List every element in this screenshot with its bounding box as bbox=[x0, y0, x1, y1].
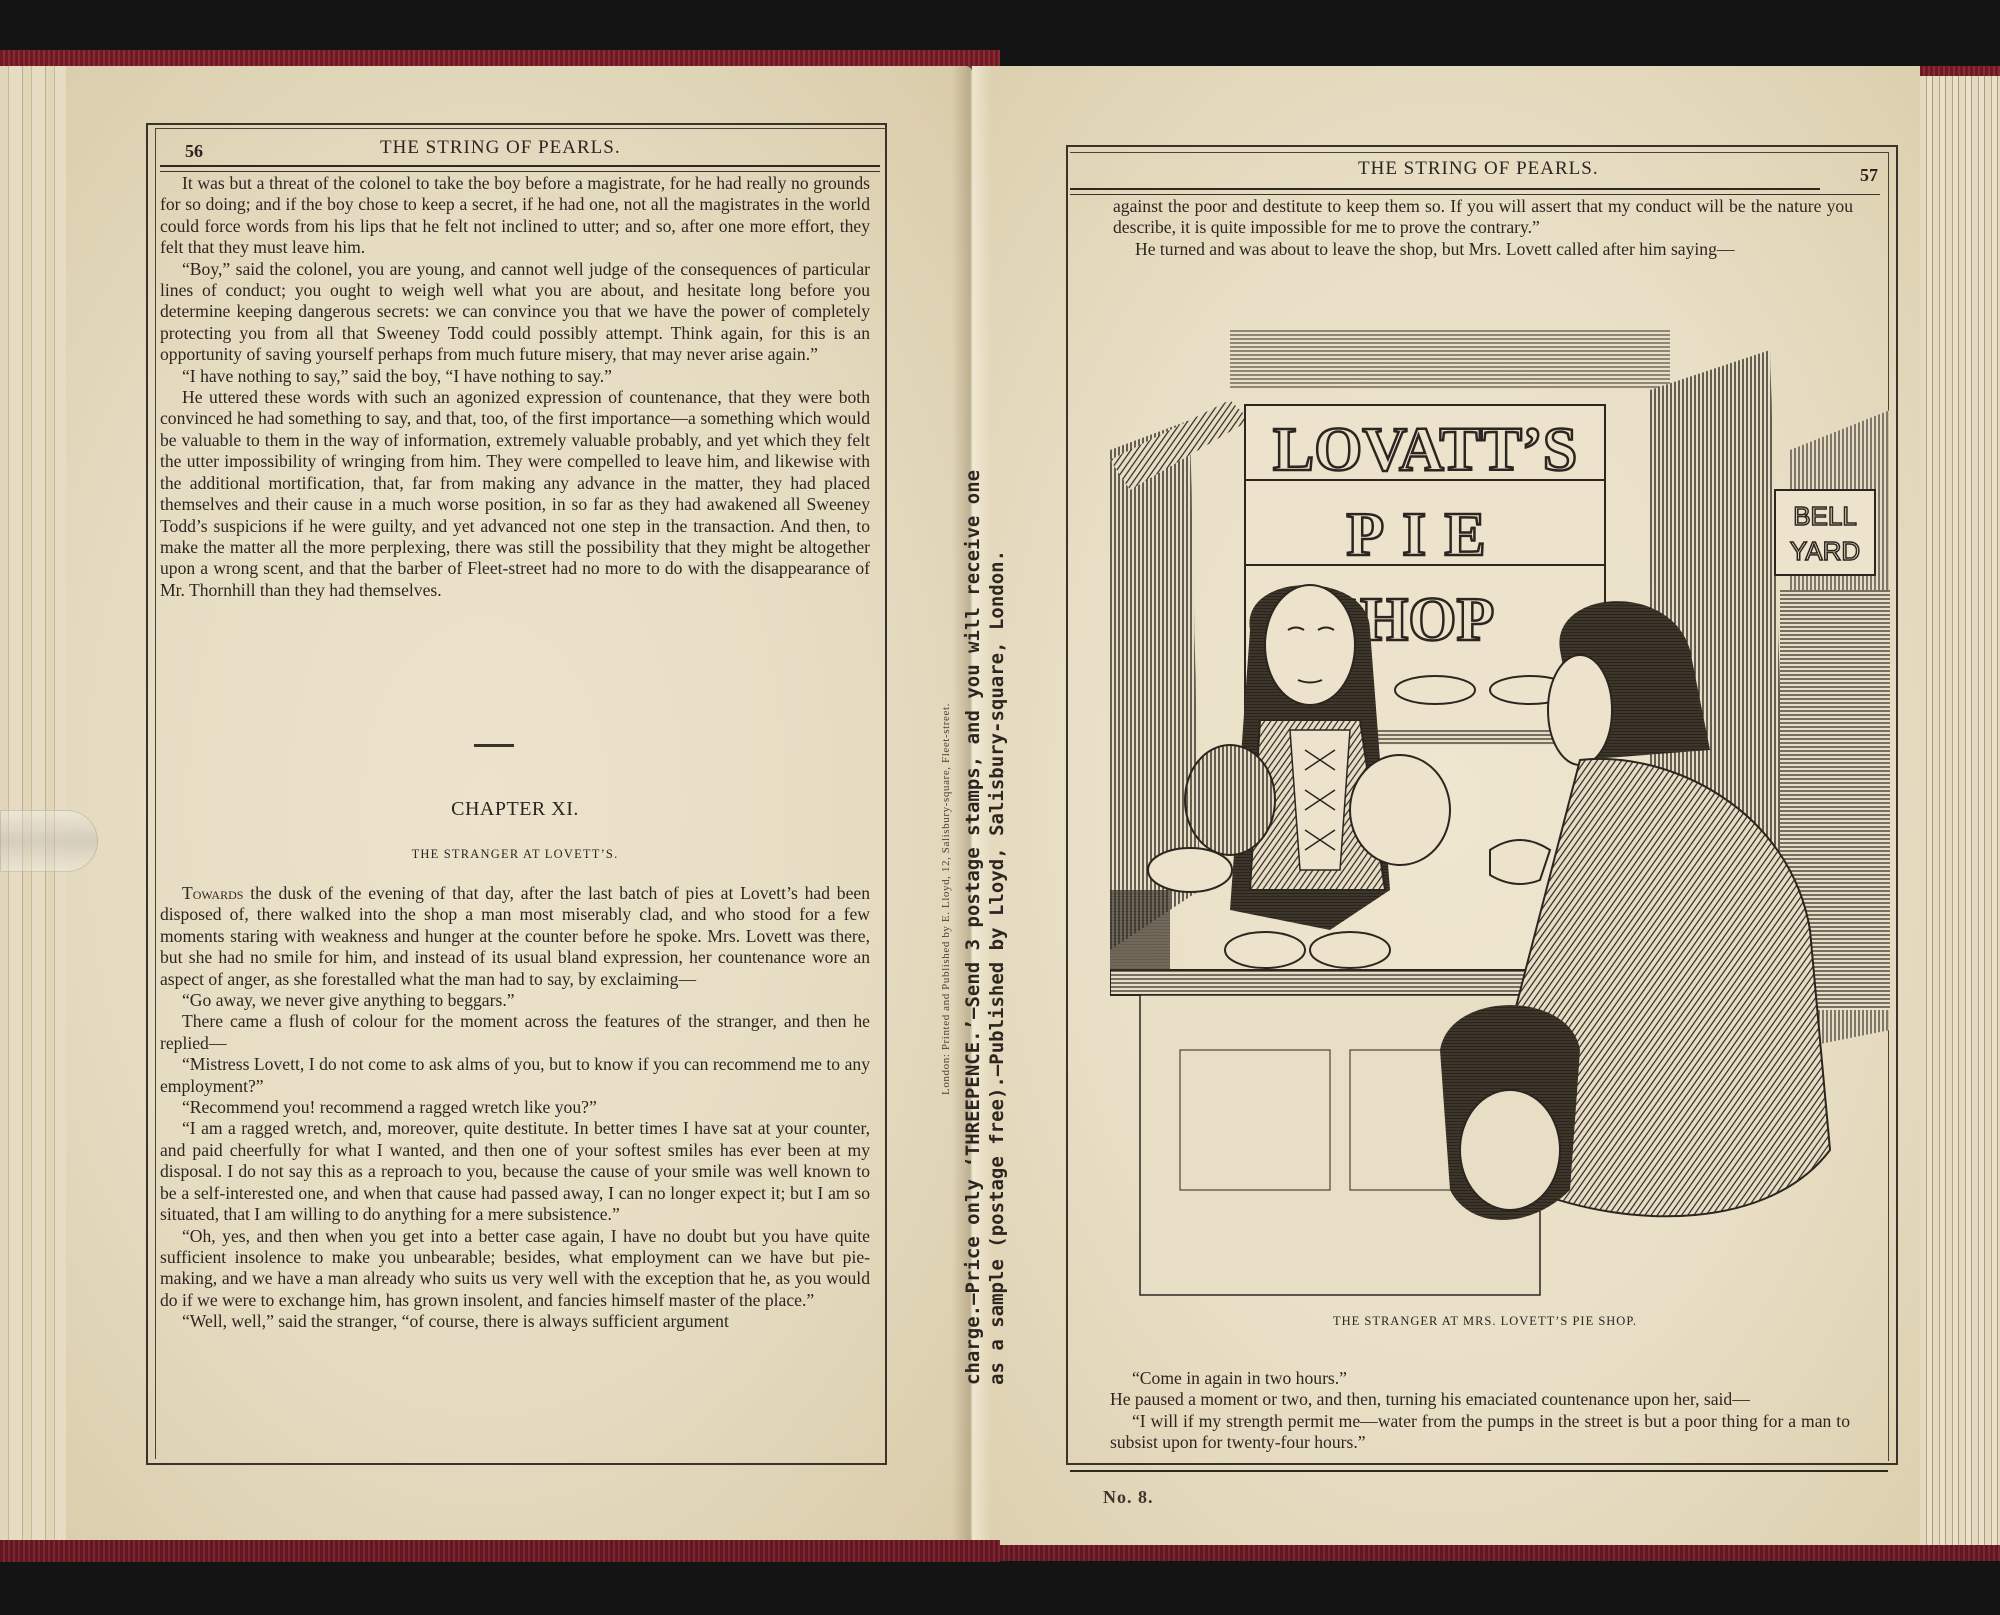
right-text-block-top: against the poor and destitute to keep t… bbox=[1113, 196, 1853, 260]
header-rule-thin bbox=[160, 171, 880, 172]
paragraph: He turned and was about to leave the sho… bbox=[1113, 239, 1853, 260]
svg-text:YARD: YARD bbox=[1790, 536, 1860, 566]
right-running-head: THE STRING OF PEARLS. bbox=[1358, 158, 1599, 180]
drop-word: Towards bbox=[182, 883, 243, 903]
paragraph: “Well, well,” said the stranger, “of cou… bbox=[160, 1311, 870, 1332]
left-text-block-2: Towards the dusk of the evening of that … bbox=[160, 883, 870, 1333]
left-running-head: THE STRING OF PEARLS. bbox=[380, 137, 621, 159]
right-page-leaf-edges bbox=[1920, 76, 2000, 1546]
issue-number: No. 8. bbox=[1103, 1487, 1154, 1508]
paragraph: He paused a moment or two, and then, tur… bbox=[1110, 1389, 1850, 1410]
paragraph: “I have nothing to say,” said the boy, “… bbox=[160, 366, 870, 387]
paragraph: It was but a threat of the colonel to ta… bbox=[160, 173, 870, 259]
paragraph: “Go away, we never give anything to begg… bbox=[160, 990, 870, 1011]
page-holder-clip bbox=[0, 810, 98, 872]
paragraph: He uttered these words with such an agon… bbox=[160, 387, 870, 601]
svg-text:PIE: PIE bbox=[1346, 501, 1503, 569]
cover-cloth-top-edge bbox=[0, 50, 1000, 67]
svg-text:BELL: BELL bbox=[1793, 501, 1857, 531]
cover-cloth-bottom-edge bbox=[0, 1540, 1000, 1562]
paragraph: “Mistress Lovett, I do not come to ask a… bbox=[160, 1054, 870, 1097]
gutter-imprint: London: Printed and Published by E. Lloy… bbox=[940, 703, 952, 1095]
header-rule bbox=[160, 165, 880, 167]
paragraph: “I am a ragged wretch, and, moreover, qu… bbox=[160, 1118, 870, 1225]
left-text-block-1: It was but a threat of the colonel to ta… bbox=[160, 173, 870, 601]
paragraph: “Recommend you! recommend a ragged wretc… bbox=[160, 1097, 870, 1118]
footer-rule bbox=[1070, 1470, 1888, 1472]
left-page-number: 56 bbox=[185, 141, 203, 162]
paragraph: “Oh, yes, and then when you get into a b… bbox=[160, 1226, 870, 1312]
gutter-advert-line-2: as a sample (postage free).—Published by… bbox=[986, 550, 1008, 1385]
engraving-illustration: LOVATT’S PIE SHOP BELL YARD bbox=[1110, 330, 1890, 1310]
paragraph: “Come in again in two hours.” bbox=[1110, 1368, 1850, 1389]
chapter-subtitle: THE STRANGER AT LOVETT’S. bbox=[160, 847, 870, 862]
illustration-caption: THE STRANGER AT MRS. LOVETT’S PIE SHOP. bbox=[1090, 1314, 1880, 1329]
header-rule bbox=[1070, 188, 1820, 190]
paragraph: “Boy,” said the colonel, you are young, … bbox=[160, 259, 870, 366]
right-page-number: 57 bbox=[1860, 165, 1878, 186]
chapter-title: CHAPTER XI. bbox=[160, 798, 870, 821]
paragraph: Towards the dusk of the evening of that … bbox=[160, 883, 870, 990]
left-page-leaf-edges bbox=[0, 66, 66, 1544]
paragraph: There came a flush of colour for the mom… bbox=[160, 1011, 870, 1054]
cover-cloth-bottom-edge-right bbox=[960, 1545, 2000, 1561]
section-divider bbox=[474, 744, 514, 747]
right-text-block-bottom: “Come in again in two hours.” He paused … bbox=[1110, 1368, 1850, 1454]
header-rule-thin bbox=[1070, 194, 1880, 195]
gutter-advert-line-1: charge.—Price only ‘THREEPENCE.’—Send 3 … bbox=[962, 470, 984, 1385]
paragraph: against the poor and destitute to keep t… bbox=[1113, 196, 1853, 239]
paragraph: “I will if my strength permit me—water f… bbox=[1110, 1411, 1850, 1454]
cover-cloth-top-edge-right bbox=[1920, 66, 2000, 76]
sign-lovatts: LOVATT’S bbox=[1273, 416, 1577, 484]
